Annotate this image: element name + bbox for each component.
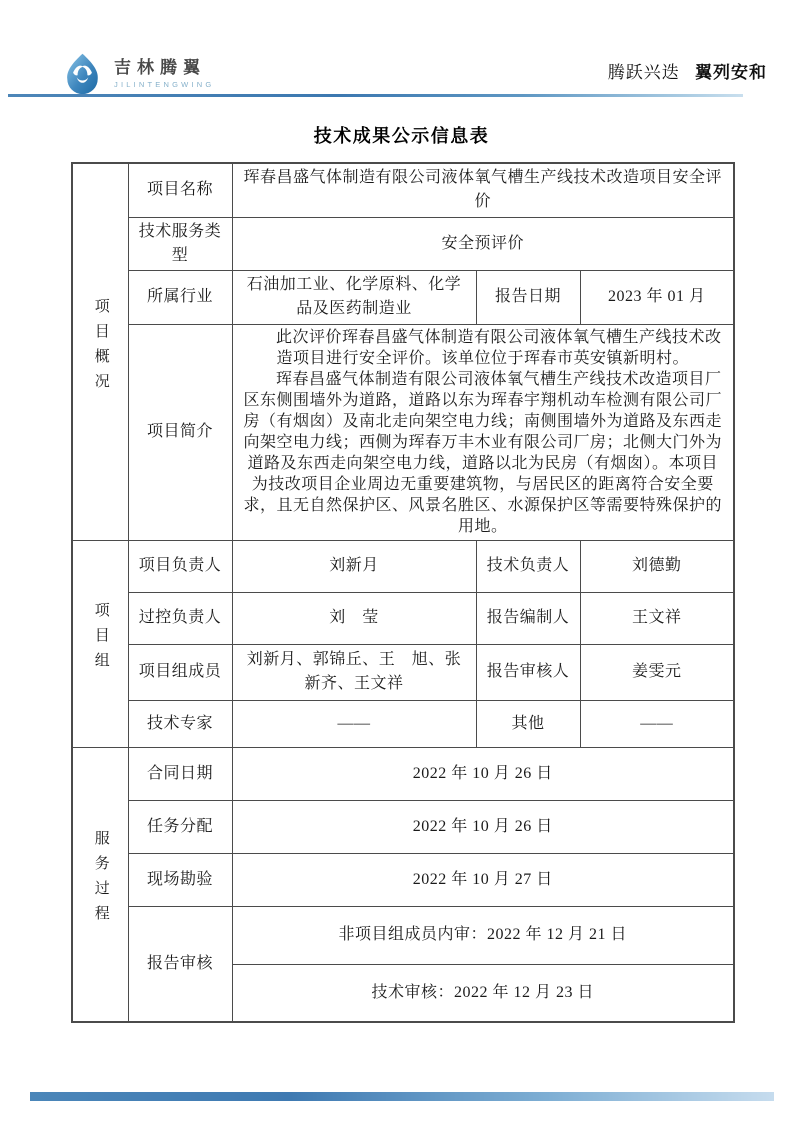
table-row: 任务分配 2022 年 10 月 26 日 [72,800,734,853]
header-rule [8,94,743,97]
survey-label: 现场勘验 [128,853,232,906]
review-internal-value: 非项目组成员内审：2022 年 12 月 21 日 [232,906,734,964]
group-overview-cell: 项目概况 [72,163,128,540]
industry-label: 所属行业 [128,270,232,324]
group-process-label: 服务过程 [93,830,108,930]
service-type-value: 安全预评价 [232,217,734,270]
intro-label: 项目简介 [128,324,232,540]
report-date-label: 报告日期 [476,270,580,324]
company-logo: 吉林腾翼 JILINTENGWING [60,52,214,95]
review-technical-value: 技术审核：2022 年 12 月 23 日 [232,964,734,1022]
page-title: 技术成果公示信息表 [0,122,803,148]
footer-rule [30,1092,774,1101]
table-row: 过控负责人 刘 莹 报告编制人 王文祥 [72,592,734,644]
table-row: 报告审核 非项目组成员内审：2022 年 12 月 21 日 [72,906,734,964]
table-row: 技术专家 —— 其他 —— [72,700,734,747]
team-row3-value1: 刘新月、郭锦丘、王 旭、张新齐、王文祥 [232,644,476,700]
group-team-cell: 项目组 [72,540,128,747]
table-row: 服务过程 合同日期 2022 年 10 月 26 日 [72,747,734,800]
group-team-label: 项目组 [93,602,108,677]
team-row1-label2: 技术负责人 [476,540,580,592]
contract-date-label: 合同日期 [128,747,232,800]
slogan-part2: 翼列安和 [695,63,767,82]
contract-date-value: 2022 年 10 月 26 日 [232,747,734,800]
team-row2-label1: 过控负责人 [128,592,232,644]
intro-paragraph-2: 珲春昌盛气体制造有限公司液体氧气槽生产线技术改造项目厂区东侧围墙外为道路，道路以… [241,369,726,538]
intro-value: 此次评价珲春昌盛气体制造有限公司液体氧气槽生产线技术改造项目进行安全评价。该单位… [232,324,734,540]
team-row1-label1: 项目负责人 [128,540,232,592]
group-process-cell: 服务过程 [72,747,128,1022]
team-row4-label2: 其他 [476,700,580,747]
team-row4-value1: —— [232,700,476,747]
logo-name-en: JILINTENGWING [114,81,214,89]
team-row4-value2: —— [580,700,734,747]
table-row: 项目简介 此次评价珲春昌盛气体制造有限公司液体氧气槽生产线技术改造项目进行安全评… [72,324,734,540]
group-overview-label: 项目概况 [93,298,108,398]
table-row: 所属行业 石油加工业、化学原料、化学品及医药制造业 报告日期 2023 年 01… [72,270,734,324]
company-slogan: 腾跃兴迭 翼列安和 [608,58,767,83]
team-row2-value1: 刘 莹 [232,592,476,644]
service-type-label: 技术服务类型 [128,217,232,270]
letterhead: 吉林腾翼 JILINTENGWING 腾跃兴迭 翼列安和 [0,0,803,96]
project-name-label: 项目名称 [128,163,232,217]
team-row3-label1: 项目组成员 [128,644,232,700]
industry-value: 石油加工业、化学原料、化学品及医药制造业 [232,270,476,324]
table-row: 项目概况 项目名称 珲春昌盛气体制造有限公司液体氧气槽生产线技术改造项目安全评价 [72,163,734,217]
document-page: 吉林腾翼 JILINTENGWING 腾跃兴迭 翼列安和 技术成果公示信息表 项… [0,0,803,1135]
table-row: 项目组成员 刘新月、郭锦丘、王 旭、张新齐、王文祥 报告审核人 姜雯元 [72,644,734,700]
table-row: 现场勘验 2022 年 10 月 27 日 [72,853,734,906]
info-table: 项目概况 项目名称 珲春昌盛气体制造有限公司液体氧气槽生产线技术改造项目安全评价… [71,162,735,1023]
table-row: 项目组 项目负责人 刘新月 技术负责人 刘德勤 [72,540,734,592]
team-row3-value2: 姜雯元 [580,644,734,700]
review-label: 报告审核 [128,906,232,1022]
intro-paragraph-1: 此次评价珲春昌盛气体制造有限公司液体氧气槽生产线技术改造项目进行安全评价。该单位… [241,327,726,369]
survey-date-value: 2022 年 10 月 27 日 [232,853,734,906]
team-row2-value2: 王文祥 [580,592,734,644]
team-row1-value1: 刘新月 [232,540,476,592]
report-date-value: 2023 年 01 月 [580,270,734,324]
slogan-part1: 腾跃兴迭 [608,63,680,82]
team-row4-label1: 技术专家 [128,700,232,747]
assignment-label: 任务分配 [128,800,232,853]
table-row: 技术服务类型 安全预评价 [72,217,734,270]
logo-name-cn: 吉林腾翼 [114,59,214,76]
project-name-value: 珲春昌盛气体制造有限公司液体氧气槽生产线技术改造项目安全评价 [232,163,734,217]
team-row3-label2: 报告审核人 [476,644,580,700]
logo-text: 吉林腾翼 JILINTENGWING [114,59,214,89]
team-row1-value2: 刘德勤 [580,540,734,592]
tengwing-drop-icon [60,52,105,95]
assignment-date-value: 2022 年 10 月 26 日 [232,800,734,853]
team-row2-label2: 报告编制人 [476,592,580,644]
